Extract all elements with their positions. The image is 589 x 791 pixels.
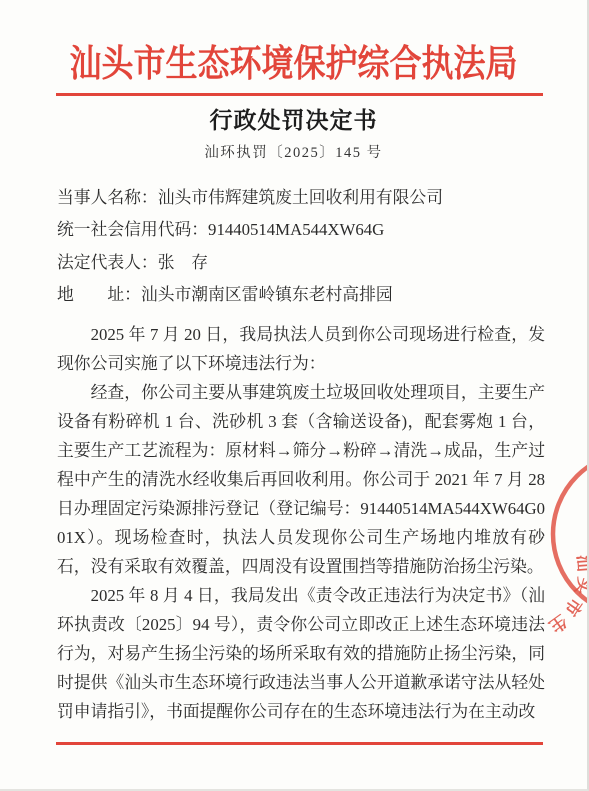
address-value: 汕头市潮南区雷岭镇东老村高排园 (141, 285, 393, 304)
address-label: 地 址： (57, 285, 141, 304)
party-info-block: 当事人名称：汕头市伟辉建筑废土回收利用有限公司 统一社会信用代码：9144051… (57, 182, 545, 312)
paragraph-correction-order: 2025 年 8 月 4 日，我局发出《责令改正违法行为决定书》（汕环执责改〔2… (57, 581, 545, 726)
party-row-name: 当事人名称：汕头市伟辉建筑废土回收利用有限公司 (57, 182, 545, 214)
letterhead-agency-name: 汕头市生态环境保护综合执法局 (0, 34, 587, 87)
document-title: 行政处罚决定书 (0, 102, 587, 135)
party-row-credit-code: 统一社会信用代码：91440514MA544XW64G (57, 214, 545, 246)
party-row-legal-representative: 法定代表人：张 存 (57, 247, 545, 279)
seal-ring (553, 452, 589, 616)
paragraph-findings: 经查，你公司主要从事建筑废土垃圾回收处理项目，主要生产设备有粉碎机 1 台、洗砂… (57, 378, 545, 581)
document-number: 汕环执罚〔2025〕145 号 (0, 141, 587, 162)
letterhead-red-rule (56, 93, 543, 96)
document-body: 2025 年 7 月 20 日，我局执法人员到你公司现场进行检查，发现你公司实施… (57, 320, 545, 726)
seal-text: 汕头市生 (542, 554, 589, 640)
footer-red-rule (56, 742, 543, 745)
svg-text:汕头市生: 汕头市生 (542, 554, 589, 640)
credit-code-label: 统一社会信用代码： (57, 220, 208, 239)
legal-rep-label: 法定代表人： (57, 253, 158, 272)
party-name-label: 当事人名称： (57, 188, 158, 207)
legal-rep-value: 张 存 (158, 253, 208, 272)
paragraph-inspection: 2025 年 7 月 20 日，我局执法人员到你公司现场进行检查，发现你公司实施… (57, 320, 545, 378)
party-name-value: 汕头市伟辉建筑废土回收利用有限公司 (158, 188, 443, 207)
document-page: 汕头市生态环境保护综合执法局 行政处罚决定书 汕环执罚〔2025〕145 号 当… (0, 0, 589, 791)
credit-code-value: 91440514MA544XW64G (208, 220, 384, 239)
party-row-address: 地 址：汕头市潮南区雷岭镇东老村高排园 (57, 279, 545, 311)
